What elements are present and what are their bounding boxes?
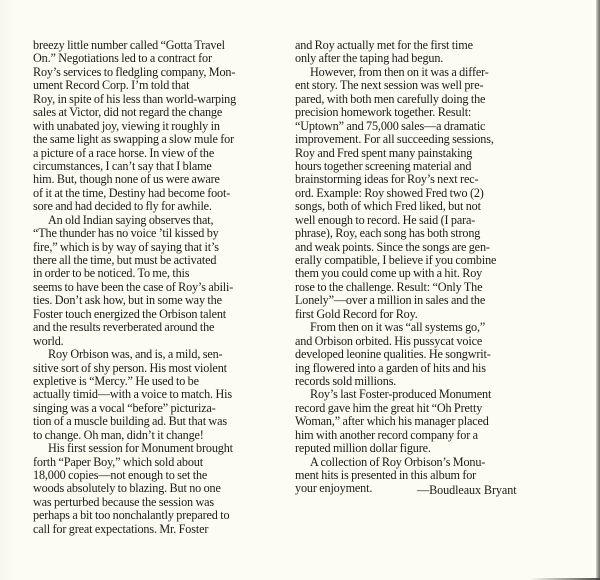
text-line: in order to be noticed. To me, this: [33, 267, 283, 280]
text-line: perhaps a bit too nonchalantly prepared …: [33, 509, 283, 522]
text-line: ent story. The next session was well pre…: [295, 79, 545, 92]
text-line: and Roy actually met for the first time: [295, 39, 545, 52]
text-line: him. But, though none of us were aware: [33, 173, 283, 186]
text-line: sitive sort of shy person. His most viol…: [33, 362, 283, 375]
text-line: reputed million dollar figure.: [295, 442, 545, 455]
text-line: phrase), Roy, each song has both strong: [295, 227, 545, 240]
right-text-column: and Roy actually met for the first timeo…: [295, 39, 545, 496]
text-line: Roy, in spite of his less than world-war…: [33, 93, 283, 106]
text-line: songs, both of which Fred liked, but not: [295, 200, 545, 213]
text-line: Lonely”—over a million in sales and the: [295, 294, 545, 307]
text-line: of it at the time, Destiny had become fo…: [33, 187, 283, 200]
text-line: with unabated joy, viewing it roughly in: [33, 120, 283, 133]
text-line: Roy’s services to fledgling company, Mon…: [33, 66, 283, 79]
text-line: records sold millions.: [295, 375, 545, 388]
text-line: forth “Paper Boy,” which sold about: [33, 456, 283, 469]
text-line: expletive is “Mercy.” He used to be: [33, 375, 283, 388]
text-line: breezy little number called “Gotta Trave…: [33, 39, 283, 52]
text-line: fire,” which is by way of saying that it…: [33, 241, 283, 254]
text-line: improvement. For all succeeding sessions…: [295, 133, 545, 146]
text-line: From then on it was “all systems go,”: [295, 321, 545, 334]
text-line: His first session for Monument brought: [33, 442, 283, 455]
text-line: pared, with both men carefully doing the: [295, 93, 545, 106]
text-line: actually timid—with a voice to match. Hi…: [33, 388, 283, 401]
text-line: brainstorming ideas for Roy’s next rec-: [295, 173, 545, 186]
text-line: ord. Example: Roy showed Fred two (2): [295, 187, 545, 200]
text-line: singing was a vocal “before” picturiza-: [33, 402, 283, 415]
text-line: world.: [33, 335, 283, 348]
text-line: ing flowered into a garden of hits and h…: [295, 362, 545, 375]
text-line: there all the time, but must be activate…: [33, 254, 283, 267]
text-line: However, from then on it was a differ-: [295, 66, 545, 79]
text-line: “Uptown” and 75,000 sales—a dramatic: [295, 120, 545, 133]
text-line: well enough to record. He said (I para-: [295, 214, 545, 227]
text-line: a picture of a race horse. In view of th…: [33, 147, 283, 160]
text-line: An old Indian saying observes that,: [33, 214, 283, 227]
text-line: and weak points. Since the songs are gen…: [295, 241, 545, 254]
text-line: and Orbison orbited. His pussycat voice: [295, 335, 545, 348]
text-line: Foster touch energized the Orbison talen…: [33, 308, 283, 321]
text-line: and the results reverberated around the: [33, 321, 283, 334]
text-line: call for great expectations. Mr. Foster: [33, 523, 283, 536]
text-line: hours together screening material and: [295, 160, 545, 173]
text-line: ment hits is presented in this album for: [295, 469, 545, 482]
text-line: first Gold Record for Roy.: [295, 308, 545, 321]
text-line: them you could come up with a hit. Roy: [295, 267, 545, 280]
left-text-column: breezy little number called “Gotta Trave…: [33, 39, 283, 536]
text-line: Roy’s last Foster-produced Monument: [295, 388, 545, 401]
text-line: Roy Orbison was, and is, a mild, sen-: [33, 348, 283, 361]
text-line: precision homework together. Result:: [295, 106, 545, 119]
text-line: only after the taping had begun.: [295, 52, 545, 65]
text-line: tion of a muscle building ad. But that w…: [33, 415, 283, 428]
text-line: “The thunder has no voice ’til kissed by: [33, 227, 283, 240]
text-line: ument Record Corp. I’m told that: [33, 79, 283, 92]
text-line: the same light as swapping a slow mule f…: [33, 133, 283, 146]
text-line: erally compatible, I believe if you comb…: [295, 254, 545, 267]
text-line: On.” Negotiations led to a contract for: [33, 52, 283, 65]
text-line: sore and had decided to fly for awhile.: [33, 200, 283, 213]
text-line: ties. Don’t ask how, but in some way the: [33, 294, 283, 307]
text-line: seems to have been the case of Roy’s abi…: [33, 281, 283, 294]
scanned-liner-notes-page: breezy little number called “Gotta Trave…: [0, 0, 600, 580]
text-line: woods absolutely to blazing. But no one: [33, 482, 283, 495]
text-line: rose to the challenge. Result: “Only The: [295, 281, 545, 294]
text-line: 18,000 copies—not enough to set the: [33, 469, 283, 482]
text-line: record gave him the great hit “Oh Pretty: [295, 402, 545, 415]
text-line: to change. Oh man, didn’t it change!: [33, 429, 283, 442]
text-line: him with another record company for a: [295, 429, 545, 442]
text-line: Roy and Fred spent many painstaking: [295, 147, 545, 160]
text-line: A collection of Roy Orbison’s Monu-: [295, 456, 545, 469]
text-line: sales at Victor, did not regard the chan…: [33, 106, 283, 119]
text-line: Woman,” after which his manager placed: [295, 415, 545, 428]
text-line: circumstances, I can’t say that I blame: [33, 160, 283, 173]
author-signature: —Boudleaux Bryant: [417, 483, 517, 498]
text-line: developed leonine qualities. He songwrit…: [295, 348, 545, 361]
page-edge-shadow: [596, 0, 600, 580]
text-line: was perturbed because the session was: [33, 496, 283, 509]
